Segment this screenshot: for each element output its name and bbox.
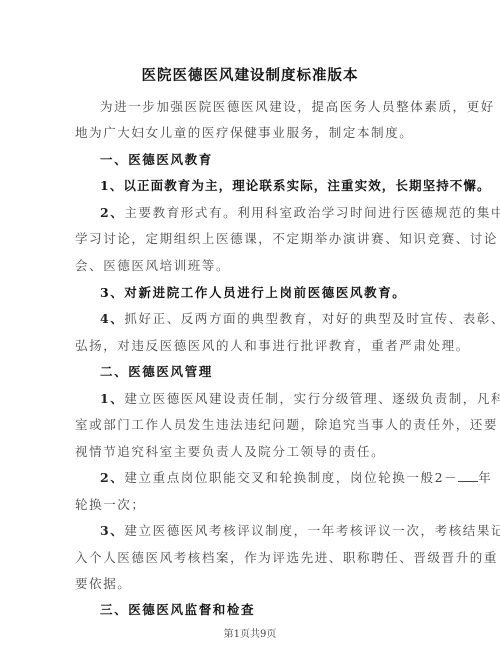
document-page: 医院医德医风建设制度标准版本 为进一步加强医院医德医风建设，提高医务人员整体素质…	[0, 0, 500, 647]
intro-line-1: 为进一步加强医院医德医风建设，提高医务人员整体素质，更好	[100, 97, 425, 115]
section-heading-2: 二、医德医风管理	[100, 362, 425, 380]
section1-item2-line2: 学习讨论，定期组织上医德课，不定期举办演讲赛、知识竞赛、讨论	[75, 229, 425, 247]
section1-item4-line2: 弘扬，对违反医德医风的人和事进行批评教育，重者严肃处理。	[75, 336, 425, 354]
item-text: 抓好正、反两方面的典型教育，对好的典型及时宣传、表彰、	[124, 311, 500, 326]
item-text: 主要教育形式有。利用科室政治学习时间进行医德规范的集中	[124, 205, 500, 220]
section2-item1-line2: 室或部门工作人员发生违法违纪问题，除追究当事人的责任外，还要	[75, 415, 425, 433]
item-text: 建立医德医风建设责任制，实行分级管理、逐级负责制，凡科	[124, 391, 500, 406]
item-number: 3、	[100, 523, 124, 538]
section1-item4-line1: 4、抓好正、反两方面的典型教育，对好的典型及时宣传、表彰、	[100, 309, 425, 327]
section2-item1-line3: 视情节追究科室主要负责人及院分工领导的责任。	[75, 442, 425, 460]
section2-item2-line1: 2、建立重点岗位职能交叉和轮换制度，岗位轮换一般2－年	[100, 468, 425, 486]
document-title: 医院医德医风建设制度标准版本	[0, 64, 500, 85]
item-text: 建立重点岗位职能交叉和轮换制度，岗位轮换一般2－	[124, 470, 458, 485]
section1-item2-line1: 2、主要教育形式有。利用科室政治学习时间进行医德规范的集中	[100, 203, 425, 221]
section1-item3: 3、对新进院工作人员进行上岗前医德医风教育。	[100, 283, 425, 301]
item-number: 1、	[100, 391, 124, 406]
item-number: 2、	[100, 205, 124, 220]
intro-line-2: 地为广大妇女儿童的医疗保健事业服务，制定本制度。	[75, 123, 425, 141]
section1-item2-line3: 会、医德医风培训班等。	[75, 256, 425, 274]
section1-item1: 1、以正面教育为主，理论联系实际，注重实效，长期坚持不懈。	[100, 176, 425, 194]
section2-item2-line2: 轮换一次；	[75, 495, 425, 513]
item-number: 4、	[100, 311, 124, 326]
section-heading-1: 一、医德医风教育	[100, 150, 425, 168]
section2-item3-line2: 入个人医德医风考核档案，作为评选先进、职称聘任、晋级晋升的重	[75, 548, 425, 566]
item-number: 2、	[100, 470, 124, 485]
section2-item1-line1: 1、建立医德医风建设责任制，实行分级管理、逐级负责制，凡科	[100, 389, 425, 407]
fill-in-blank	[458, 471, 478, 482]
page-indicator: 第1页共9页	[0, 625, 500, 640]
section-heading-3: 三、医德医风监督和检查	[100, 600, 425, 618]
item-text-suffix: 年	[478, 470, 492, 485]
item-text: 建立医德医风考核评议制度，一年考核评议一次，考核结果记	[124, 523, 500, 538]
section2-item3-line3: 要依据。	[75, 574, 425, 592]
section2-item3-line1: 3、建立医德医风考核评议制度，一年考核评议一次，考核结果记	[100, 521, 425, 539]
